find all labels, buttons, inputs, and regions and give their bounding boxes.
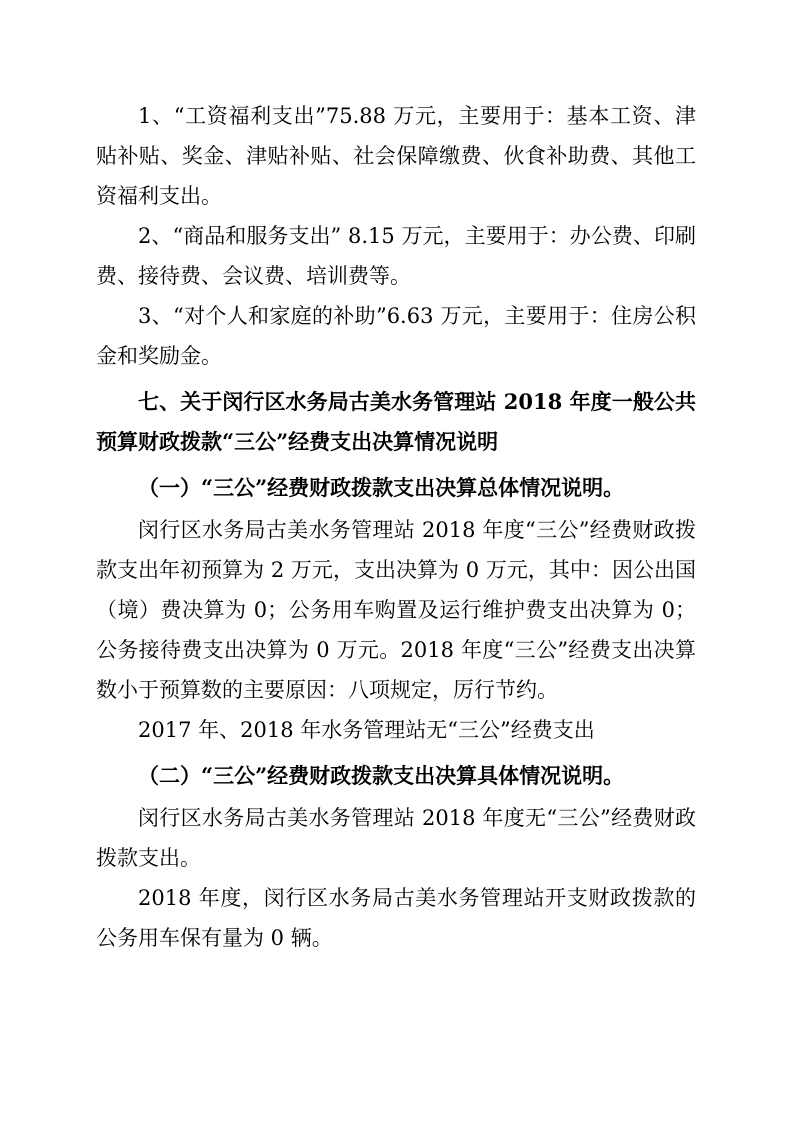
paragraph-individual-family-subsidy: 3、“对个人和家庭的补助”6.63 万元，主要用于：住房公积金和奖励金。 — [96, 296, 696, 376]
paragraph-sangong-overall: 闵行区水务局古美水务管理站 2018 年度“三公”经费财政拨款支出年初预算为 2… — [96, 510, 696, 710]
paragraph-goods-services-expense: 2、“商品和服务支出” 8.15 万元，主要用于：办公费、印刷费、接待费、会议费… — [96, 216, 696, 296]
document-body: 1、“工资福利支出”75.88 万元，主要用于：基本工资、津贴补贴、奖金、津贴补… — [96, 96, 696, 958]
document-page: 1、“工资福利支出”75.88 万元，主要用于：基本工资、津贴补贴、奖金、津贴补… — [0, 0, 793, 1122]
heading-subsection-one: （一）“三公”经费财政拨款支出决算总体情况说明。 — [96, 468, 696, 508]
paragraph-no-sangong-expense: 闵行区水务局古美水务管理站 2018 年度无“三公”经费财政拨款支出。 — [96, 798, 696, 878]
paragraph-official-car-count: 2018 年度，闵行区水务局古美水务管理站开支财政拨款的公务用车保有量为 0 辆… — [96, 878, 696, 958]
paragraph-2017-2018-no-expense: 2017 年、2018 年水务管理站无“三公”经费支出 — [96, 710, 696, 750]
heading-section-seven: 七、关于闵行区水务局古美水务管理站 2018 年度一般公共预算财政拨款“三公”经… — [96, 382, 696, 462]
paragraph-wage-welfare-expense: 1、“工资福利支出”75.88 万元，主要用于：基本工资、津贴补贴、奖金、津贴补… — [96, 96, 696, 216]
heading-subsection-two: （二）“三公”经费财政拨款支出决算具体情况说明。 — [96, 756, 696, 796]
